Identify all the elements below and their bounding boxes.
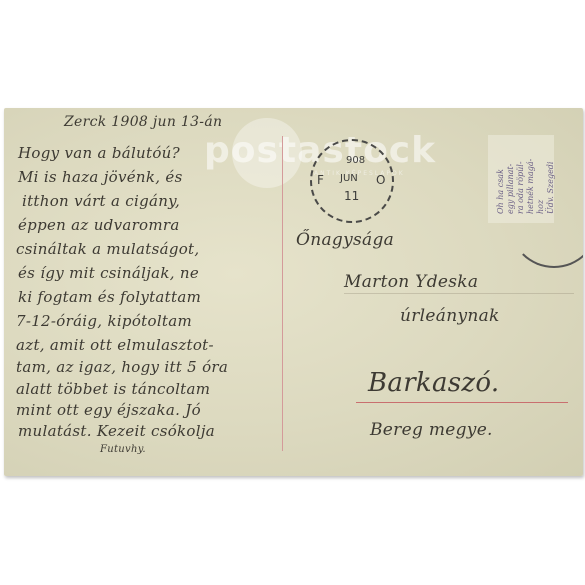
address-town-underline bbox=[356, 402, 568, 403]
address-title: úrleánynak bbox=[400, 306, 500, 326]
address-town: Barkaszó. bbox=[368, 368, 500, 398]
address-county: Bereg megye. bbox=[370, 420, 493, 440]
address-guide-line bbox=[344, 293, 574, 294]
address-name: Marton Ydeska bbox=[344, 272, 478, 292]
message-line: mulatást. Kezeit csókolja bbox=[18, 422, 215, 440]
message-line: azt, amit ott elmulasztot- bbox=[16, 336, 214, 354]
message-line: és így mit csináljak, ne bbox=[18, 264, 199, 282]
postcard-back: postastock ANTIK KÉPESLAPOK Zerck 1908 j… bbox=[4, 108, 583, 476]
stamp-note-line: Oh ha csak bbox=[496, 159, 506, 214]
postmark-day: 11 bbox=[344, 189, 359, 203]
message-line: mint ott egy éjszaka. Jó bbox=[16, 401, 201, 419]
message-signature: Futuvhy. bbox=[100, 444, 146, 455]
message-line: Hogy van a bálutóú? bbox=[18, 144, 180, 162]
message-line: alatt többet is táncoltam bbox=[16, 380, 210, 398]
message-line: tam, az igaz, hogy itt 5 óra bbox=[16, 358, 228, 376]
message-line: 7-12-óráig, kipótoltam bbox=[16, 312, 192, 330]
postmark-top: 908 bbox=[346, 155, 365, 166]
message-line: ki fogtam és folytattam bbox=[18, 288, 201, 306]
postmark-partial-stamp bbox=[509, 178, 583, 268]
message-line: itthon várt a cigány, bbox=[22, 192, 180, 210]
postmark-month: JUN bbox=[340, 173, 358, 184]
postmark-right-letter: O bbox=[376, 173, 385, 187]
image-stage: postastock ANTIK KÉPESLAPOK Zerck 1908 j… bbox=[0, 0, 585, 585]
message-date: Zerck 1908 jun 13-án bbox=[64, 114, 222, 130]
postmark-stamp: 908 F JUN 11 O bbox=[310, 139, 394, 223]
address-honorific: Őnagysága bbox=[296, 230, 394, 250]
message-line: Mi is haza jövénk, és bbox=[18, 168, 183, 186]
message-line: éppen az udvaromra bbox=[18, 216, 180, 234]
postmark-left-letter: F bbox=[317, 173, 324, 187]
center-divider-line bbox=[282, 136, 283, 451]
message-line: csináltak a mulatságot, bbox=[16, 240, 199, 258]
